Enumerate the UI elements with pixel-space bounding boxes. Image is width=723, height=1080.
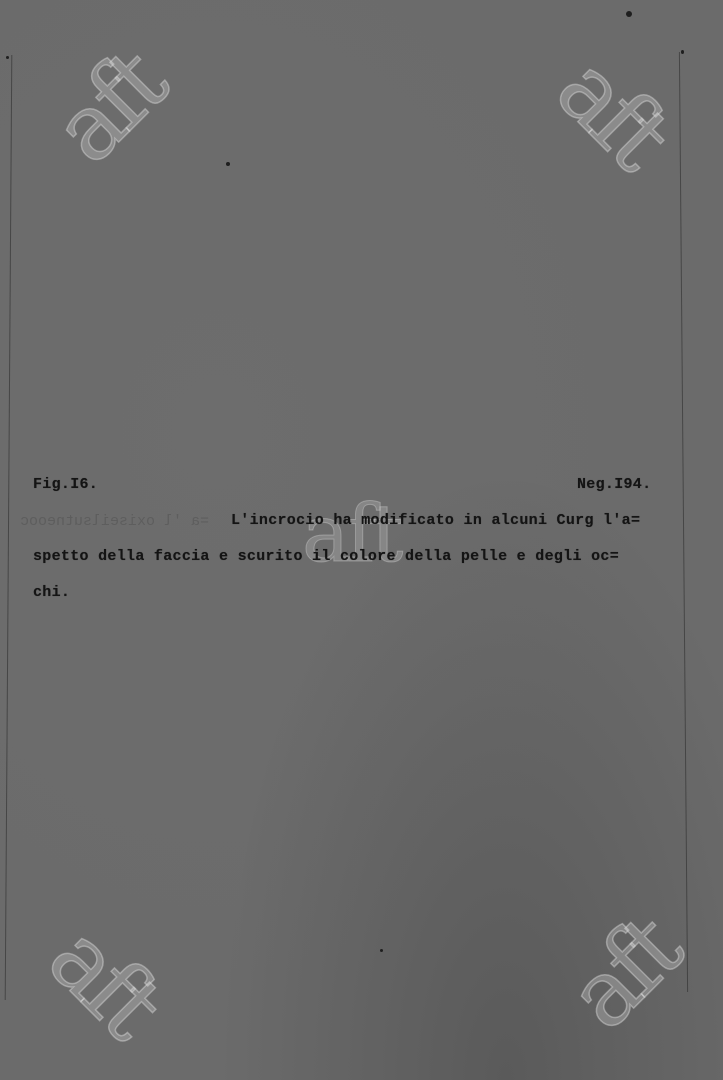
dust-speck [681,50,684,54]
bleedthrough-text: =a 'l oxiseilsutneooc [20,513,209,530]
caption-line-2: spetto della faccia e scurito il colore … [33,548,619,565]
caption-line-1: L'incrocio ha modificato in alcuni Curg … [231,512,640,529]
dust-speck [226,162,230,166]
document-page: aft aft aft aft aft =a 'l oxiseilsutneoo… [0,0,723,1080]
dust-speck [380,949,383,952]
caption-line-3: chi. [33,584,70,601]
right-page-edge [679,52,688,992]
dust-speck [6,56,9,59]
negative-label: Neg.I94. [577,476,651,493]
watermark-top-left: aft [38,37,179,178]
watermark-bottom-left: aft [33,910,174,1051]
watermark-top-right: aft [541,41,682,182]
watermark-bottom-right: aft [553,903,694,1044]
dust-speck [626,11,632,17]
figure-label: Fig.I6. [33,476,98,493]
left-page-edge [5,55,13,1000]
